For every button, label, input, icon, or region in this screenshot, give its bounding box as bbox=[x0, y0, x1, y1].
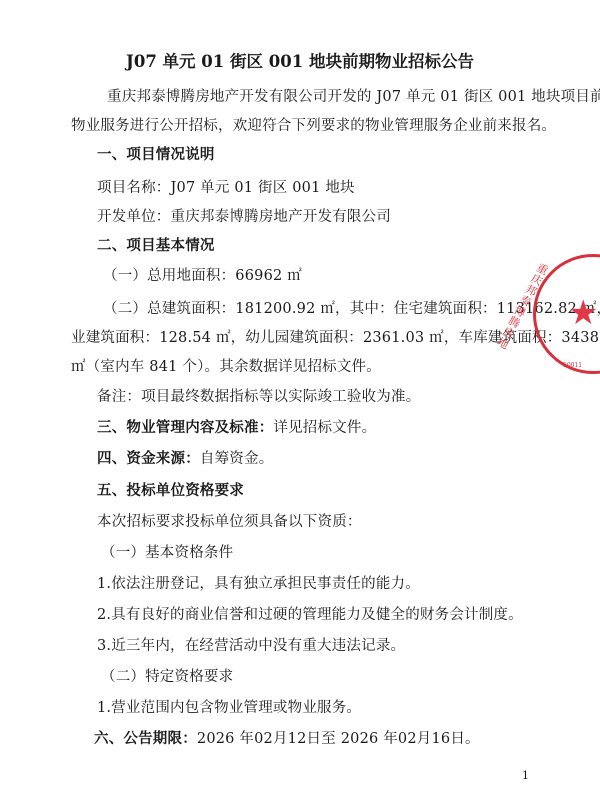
basic-item-3: 3.近三年内，在经营活动中没有重大违法记录。 bbox=[97, 636, 405, 656]
project-name: 项目名称：J07 单元 01 街区 001 地块 bbox=[97, 178, 355, 198]
section-3-heading: 三、物业管理内容及标准： bbox=[97, 419, 273, 436]
section-6-heading: 六、公告期限： bbox=[94, 730, 197, 747]
note: 备注：项目最终数据指标等以实际竣工验收为准。 bbox=[97, 387, 420, 407]
section-1-heading: 一、项目情况说明 bbox=[97, 145, 215, 165]
section-2-heading: 二、项目基本情况 bbox=[97, 236, 215, 256]
specific-qualification-heading: （二）特定资格要求 bbox=[101, 667, 233, 687]
intro-line-1: 重庆邦泰博腾房地产开发有限公司开发的 J07 单元 01 街区 001 地块项目… bbox=[107, 87, 600, 107]
section-4-heading: 四、资金来源： bbox=[97, 450, 200, 467]
basic-qualification-heading: （一）基本资格条件 bbox=[101, 543, 233, 563]
developer: 开发单位：重庆邦泰博腾房地产开发有限公司 bbox=[97, 207, 391, 227]
intro-line-2: 物业服务进行公开招标，欢迎符合下列要求的物业管理服务企业前来报名。 bbox=[71, 116, 556, 136]
specific-item-1: 1.营业范围内包含物业管理或物业服务。 bbox=[97, 698, 361, 718]
section-3-text: 详见招标文件。 bbox=[273, 420, 376, 436]
section-4-text: 自筹资金。 bbox=[200, 451, 274, 467]
seal-code: 50011 bbox=[563, 362, 582, 369]
section-6: 六、公告期限：2026 年02月12日至 2026 年02月16日。 bbox=[94, 729, 480, 749]
section-3: 三、物业管理内容及标准：详见招标文件。 bbox=[97, 418, 376, 438]
basic-item-2: 2.具有良好的商业信誉和过硬的管理能力及健全的财务会计制度。 bbox=[97, 605, 523, 625]
document-page: J07 单元 01 街区 001 地块前期物业招标公告 重庆邦泰博腾房地产开发有… bbox=[0, 0, 600, 804]
building-area-line-3: ㎡（室内车 841 个）。其余数据详见招标文件。 bbox=[71, 357, 381, 377]
page-number: 1 bbox=[522, 769, 529, 782]
document-title: J07 单元 01 街区 001 地块前期物业招标公告 bbox=[0, 48, 600, 72]
announcement-period: 2026 年02月12日至 2026 年02月16日。 bbox=[197, 731, 480, 747]
section-4: 四、资金来源：自筹资金。 bbox=[97, 449, 273, 469]
basic-item-1: 1.依法注册登记，具有独立承担民事责任的能力。 bbox=[97, 574, 420, 594]
seal-star-icon: ★ bbox=[568, 296, 598, 330]
section-5-heading: 五、投标单位资格要求 bbox=[97, 481, 244, 501]
land-area: （一）总用地面积：66962 ㎡ bbox=[103, 266, 302, 286]
section-5-intro: 本次招标要求投标单位须具备以下资质： bbox=[97, 512, 362, 532]
